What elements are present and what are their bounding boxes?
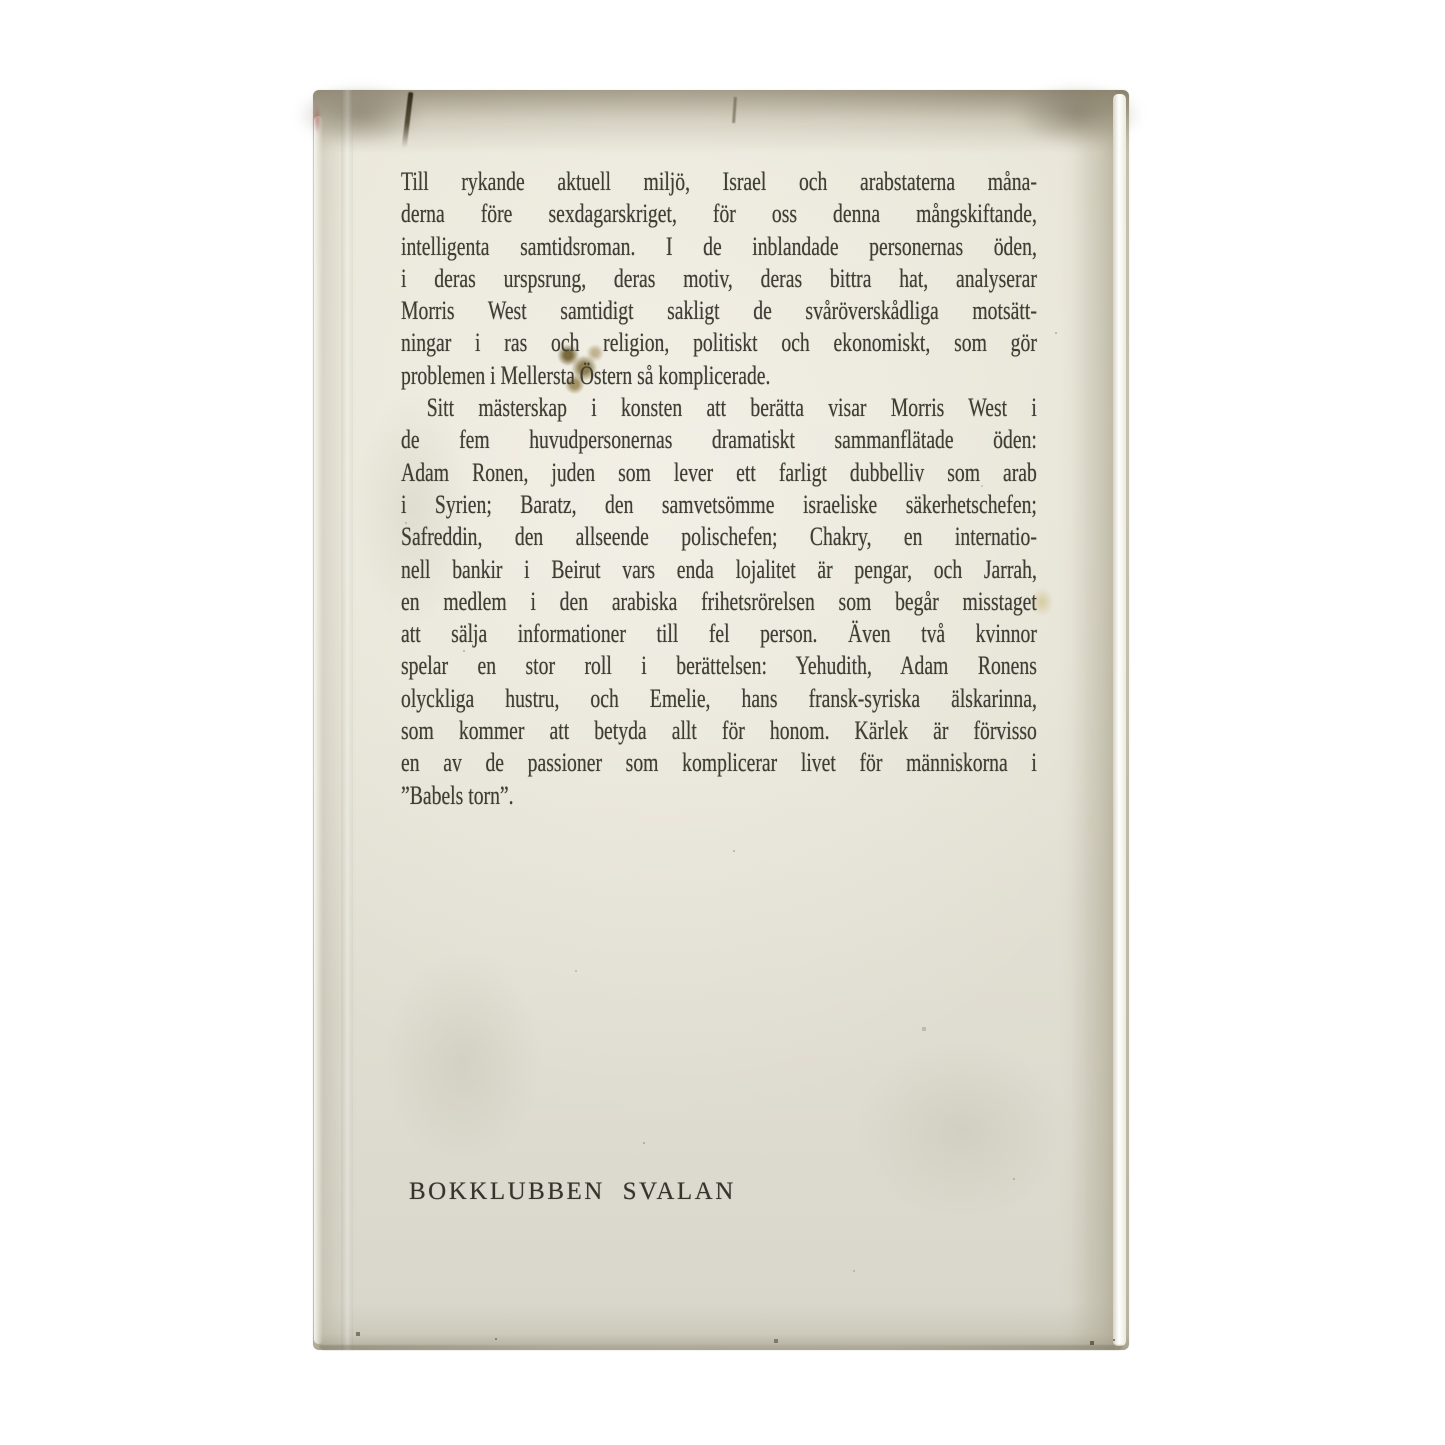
publisher-imprint: BOKKLUBBEN SVALAN — [409, 1178, 736, 1206]
blurb-line-18: som kommer att betyda allt för honom. Kä… — [401, 715, 1037, 747]
book-back-cover: Till rykande aktuell miljö, Israel och a… — [313, 90, 1129, 1350]
jacket-scratch-mark — [732, 97, 737, 123]
blurb-line-11: i Syrien; Baratz, den samvetsömme israel… — [401, 489, 1037, 521]
paper-smudge — [383, 950, 543, 1170]
jacket-left-edge-highlight — [314, 116, 323, 1344]
blurb-line-19: en av de passioner som komplicerar livet… — [401, 747, 1037, 779]
jacket-right-edge-highlight — [1113, 94, 1126, 1346]
blurb-line-7: problemen i Mellersta Östern så komplice… — [401, 360, 1037, 392]
blurb-line-9: de fem huvudpersonernas dramatiskt samma… — [401, 424, 1037, 456]
blurb-line-1: Till rykande aktuell miljö, Israel och a… — [401, 166, 1037, 198]
blurb-line-17: olyckliga hustru, och Emelie, hans frans… — [401, 683, 1037, 715]
blurb-line-13: nell bankir i Beirut vars enda lojalitet… — [401, 554, 1037, 586]
blurb-line-8: Sitt mästerskap i konsten att berätta vi… — [401, 392, 1037, 424]
jacket-left-crease — [341, 90, 353, 1350]
blurb-line-2: derna före sexdagarskriget, för oss denn… — [401, 198, 1037, 230]
blurb-line-6: ningar i ras och religion, politiskt och… — [401, 327, 1037, 359]
blurb-line-14: en medlem i den arabiska frihetsrörelsen… — [401, 586, 1037, 618]
paper-speckles — [313, 90, 315, 92]
blurb-text-block: Till rykande aktuell miljö, Israel och a… — [401, 166, 1037, 812]
blurb-line-3: intelligenta samtidsroman. I de inblanda… — [401, 231, 1037, 263]
jacket-right-fold-shading — [1071, 90, 1115, 1350]
jacket-bottom-edge-shadow — [319, 1345, 1123, 1350]
blurb-line-20: ”Babels torn”. — [401, 780, 1037, 812]
product-photo: Till rykande aktuell miljö, Israel och a… — [0, 0, 1445, 1445]
paper-smudge — [853, 1040, 1073, 1220]
jacket-red-smudge — [313, 104, 321, 134]
blurb-line-4: i deras urspsrung, deras motiv, deras bi… — [401, 263, 1037, 295]
blurb-line-16: spelar en stor roll i berättelsen: Yehud… — [401, 650, 1037, 682]
blurb-line-10: Adam Ronen, juden som lever ett farligt … — [401, 457, 1037, 489]
blurb-line-12: Safreddin, den allseende polischefen; Ch… — [401, 521, 1037, 553]
blurb-line-15: att sälja informationer till fel person.… — [401, 618, 1037, 650]
blurb-line-5: Morris West samtidigt sakligt de svåröve… — [401, 295, 1037, 327]
